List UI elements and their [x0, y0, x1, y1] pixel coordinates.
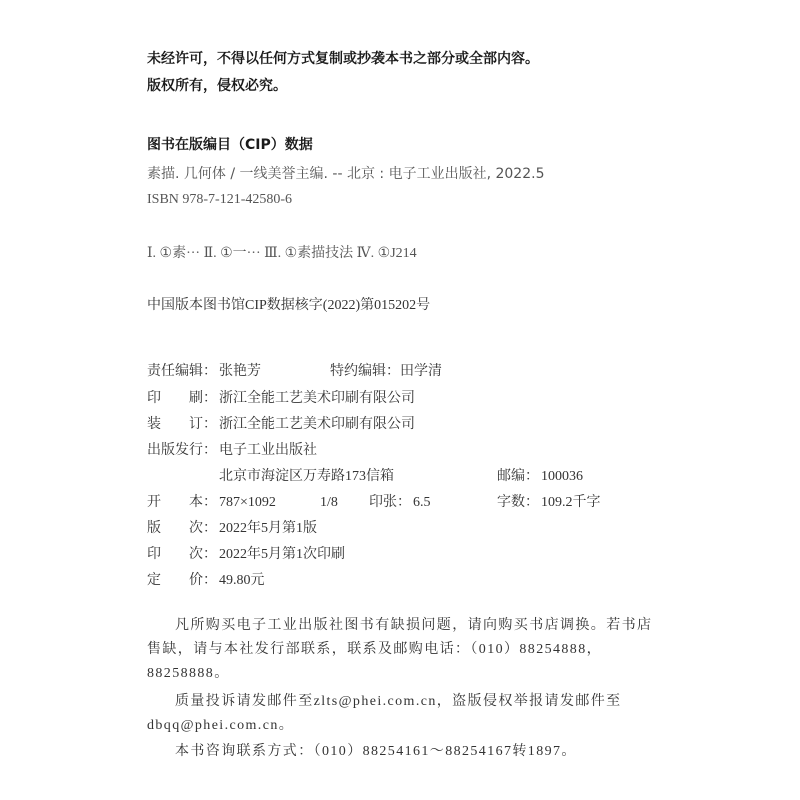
cip-record: 素描. 几何体 / 一线美誉主编. -- 北京 : 电子工业出版社, 2022.… [147, 165, 544, 183]
special-editor: 田学清 [400, 363, 442, 381]
editor: 张艳芳 [219, 363, 261, 381]
printer: 浙江全能工艺美术印刷有限公司 [219, 390, 415, 408]
price-label: 定 价： [147, 572, 217, 590]
copyright-notice: 未经许可，不得以任何方式复制或抄袭本书之部分或全部内容。 [147, 50, 539, 68]
isbn: ISBN 978-7-121-42580-6 [147, 191, 292, 209]
rights-reserved: 版权所有，侵权必究。 [147, 77, 287, 95]
impression-label: 印 次： [147, 546, 217, 564]
special-editor-label: 特约编辑： [330, 363, 400, 381]
binder: 浙江全能工艺美术印刷有限公司 [219, 416, 415, 434]
impression: 2022年5月第1次印刷 [219, 546, 345, 564]
wordcount: 109.2千字 [541, 494, 601, 512]
postcode-label: 邮编： [497, 468, 539, 486]
edition: 2022年5月第1版 [219, 520, 317, 538]
sheets: 6.5 [413, 494, 431, 512]
wordcount-label: 字数： [497, 494, 539, 512]
postcode: 100036 [541, 468, 583, 486]
cip-heading: 图书在版编目（CIP）数据 [147, 136, 313, 154]
address: 北京市海淀区万寿路173信箱 [219, 468, 394, 486]
price: 49.80元 [219, 572, 265, 590]
format: 787×1092 [219, 494, 276, 512]
catalog-number: 中国版本图书馆CIP数据核字(2022)第015202号 [147, 297, 430, 315]
publisher-label: 出版发行： [147, 442, 217, 460]
format-label: 开 本： [147, 494, 217, 512]
classification: Ⅰ. ①素··· Ⅱ. ①一··· Ⅲ. ①素描技法 Ⅳ. ①J214 [147, 245, 417, 263]
sheets-label: 印张： [369, 494, 411, 512]
edition-label: 版 次： [147, 520, 217, 538]
publisher: 电子工业出版社 [219, 442, 317, 460]
complaint-notice: 质量投诉请发邮件至zlts@phei.com.cn，盗版侵权举报请发邮件至dbq… [147, 690, 657, 738]
inquiry-contact: 本书咨询联系方式：（010）88254161～88254167转1897。 [147, 740, 657, 764]
printer-label: 印 刷： [147, 390, 217, 408]
fold: 1/8 [320, 494, 338, 512]
binder-label: 装 订： [147, 416, 217, 434]
editor-label: 责任编辑： [147, 363, 217, 381]
replacement-notice: 凡所购买电子工业出版社图书有缺损问题，请向购买书店调换。若书店售缺，请与本社发行… [147, 614, 657, 686]
